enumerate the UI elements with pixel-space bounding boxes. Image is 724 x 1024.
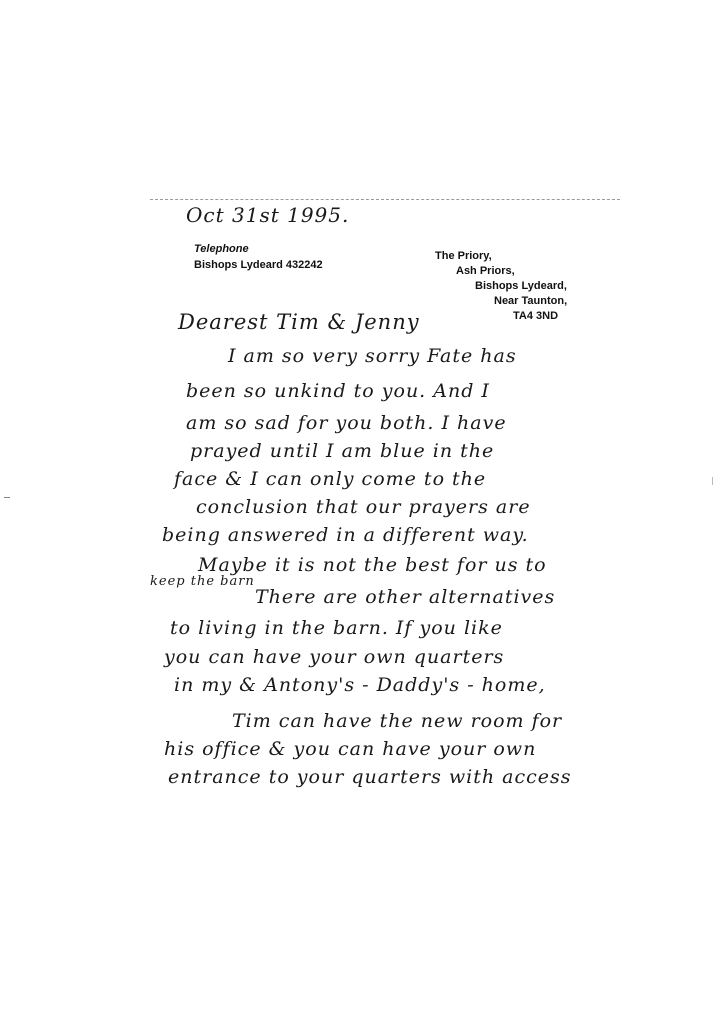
- body-line: am so sad for you both. I have: [186, 412, 507, 434]
- telephone-label: Telephone: [194, 242, 249, 257]
- address-line: Near Taunton,: [494, 294, 567, 309]
- margin-mark: [4, 497, 10, 498]
- body-line: entrance to your quarters with access: [168, 766, 572, 788]
- address-line: TA4 3ND: [513, 309, 558, 324]
- body-line: in my & Antony's - Daddy's - home,: [174, 674, 546, 696]
- body-line: you can have your own quarters: [164, 646, 504, 668]
- address-line: The Priory,: [435, 249, 492, 264]
- body-line: I am so very sorry Fate has: [228, 345, 517, 367]
- address-line: Bishops Lydeard,: [475, 279, 567, 294]
- body-line: conclusion that our prayers are: [196, 496, 531, 518]
- body-line: to living in the barn. If you like: [170, 617, 503, 639]
- body-line: face & I can only come to the: [174, 468, 486, 490]
- body-line: There are other alternatives: [255, 586, 555, 608]
- margin-note: keep the barn: [150, 574, 255, 589]
- salutation: Dearest Tim & Jenny: [178, 310, 420, 334]
- telephone-number: Bishops Lydeard 432242: [194, 258, 323, 273]
- body-line: Maybe it is not the best for us to: [198, 554, 547, 576]
- fold-line: [150, 199, 620, 200]
- body-line: prayed until I am blue in the: [190, 440, 494, 462]
- address-line: Ash Priors,: [456, 264, 515, 279]
- body-line: been so unkind to you. And I: [186, 380, 490, 402]
- letter-page: Oct 31st 1995. Telephone Bishops Lydeard…: [0, 0, 724, 1024]
- margin-mark: [712, 477, 713, 485]
- body-line: being answered in a different way.: [162, 524, 529, 546]
- body-line: Tim can have the new room for: [232, 710, 562, 732]
- letter-date: Oct 31st 1995.: [186, 203, 349, 227]
- body-line: his office & you can have your own: [164, 738, 536, 760]
